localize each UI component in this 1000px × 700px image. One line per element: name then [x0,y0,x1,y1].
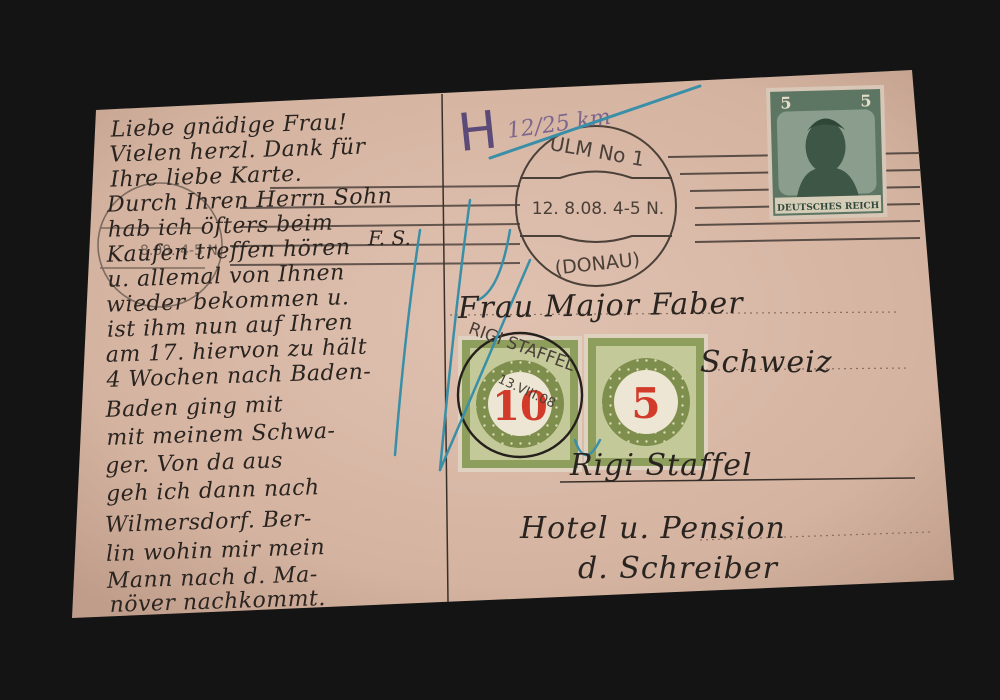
address-line-2: Schweiz [700,345,833,380]
address-line-5: d. Schreiber [578,551,779,586]
swiss-due-5-value: 5 [631,379,660,428]
address-line-3: Rigi Staffel [569,448,753,483]
address-line-1: Frau Major Faber [457,286,745,326]
signature-mark: F. S. [367,226,411,250]
postcard-photo: 5 5 DEUTSCHES REICH ULM No 1 12. 8.08. 4… [0,0,1000,700]
german-stamp-value-left: 5 [780,93,792,112]
german-stamp-value-right: 5 [860,91,872,110]
purple-h-mark: H [455,100,500,164]
german-stamp: 5 5 DEUTSCHES REICH [766,85,887,220]
postmark-ulm-date: 12. 8.08. 4-5 N. [532,199,664,219]
address-line-4: Hotel u. Pension [519,511,786,546]
